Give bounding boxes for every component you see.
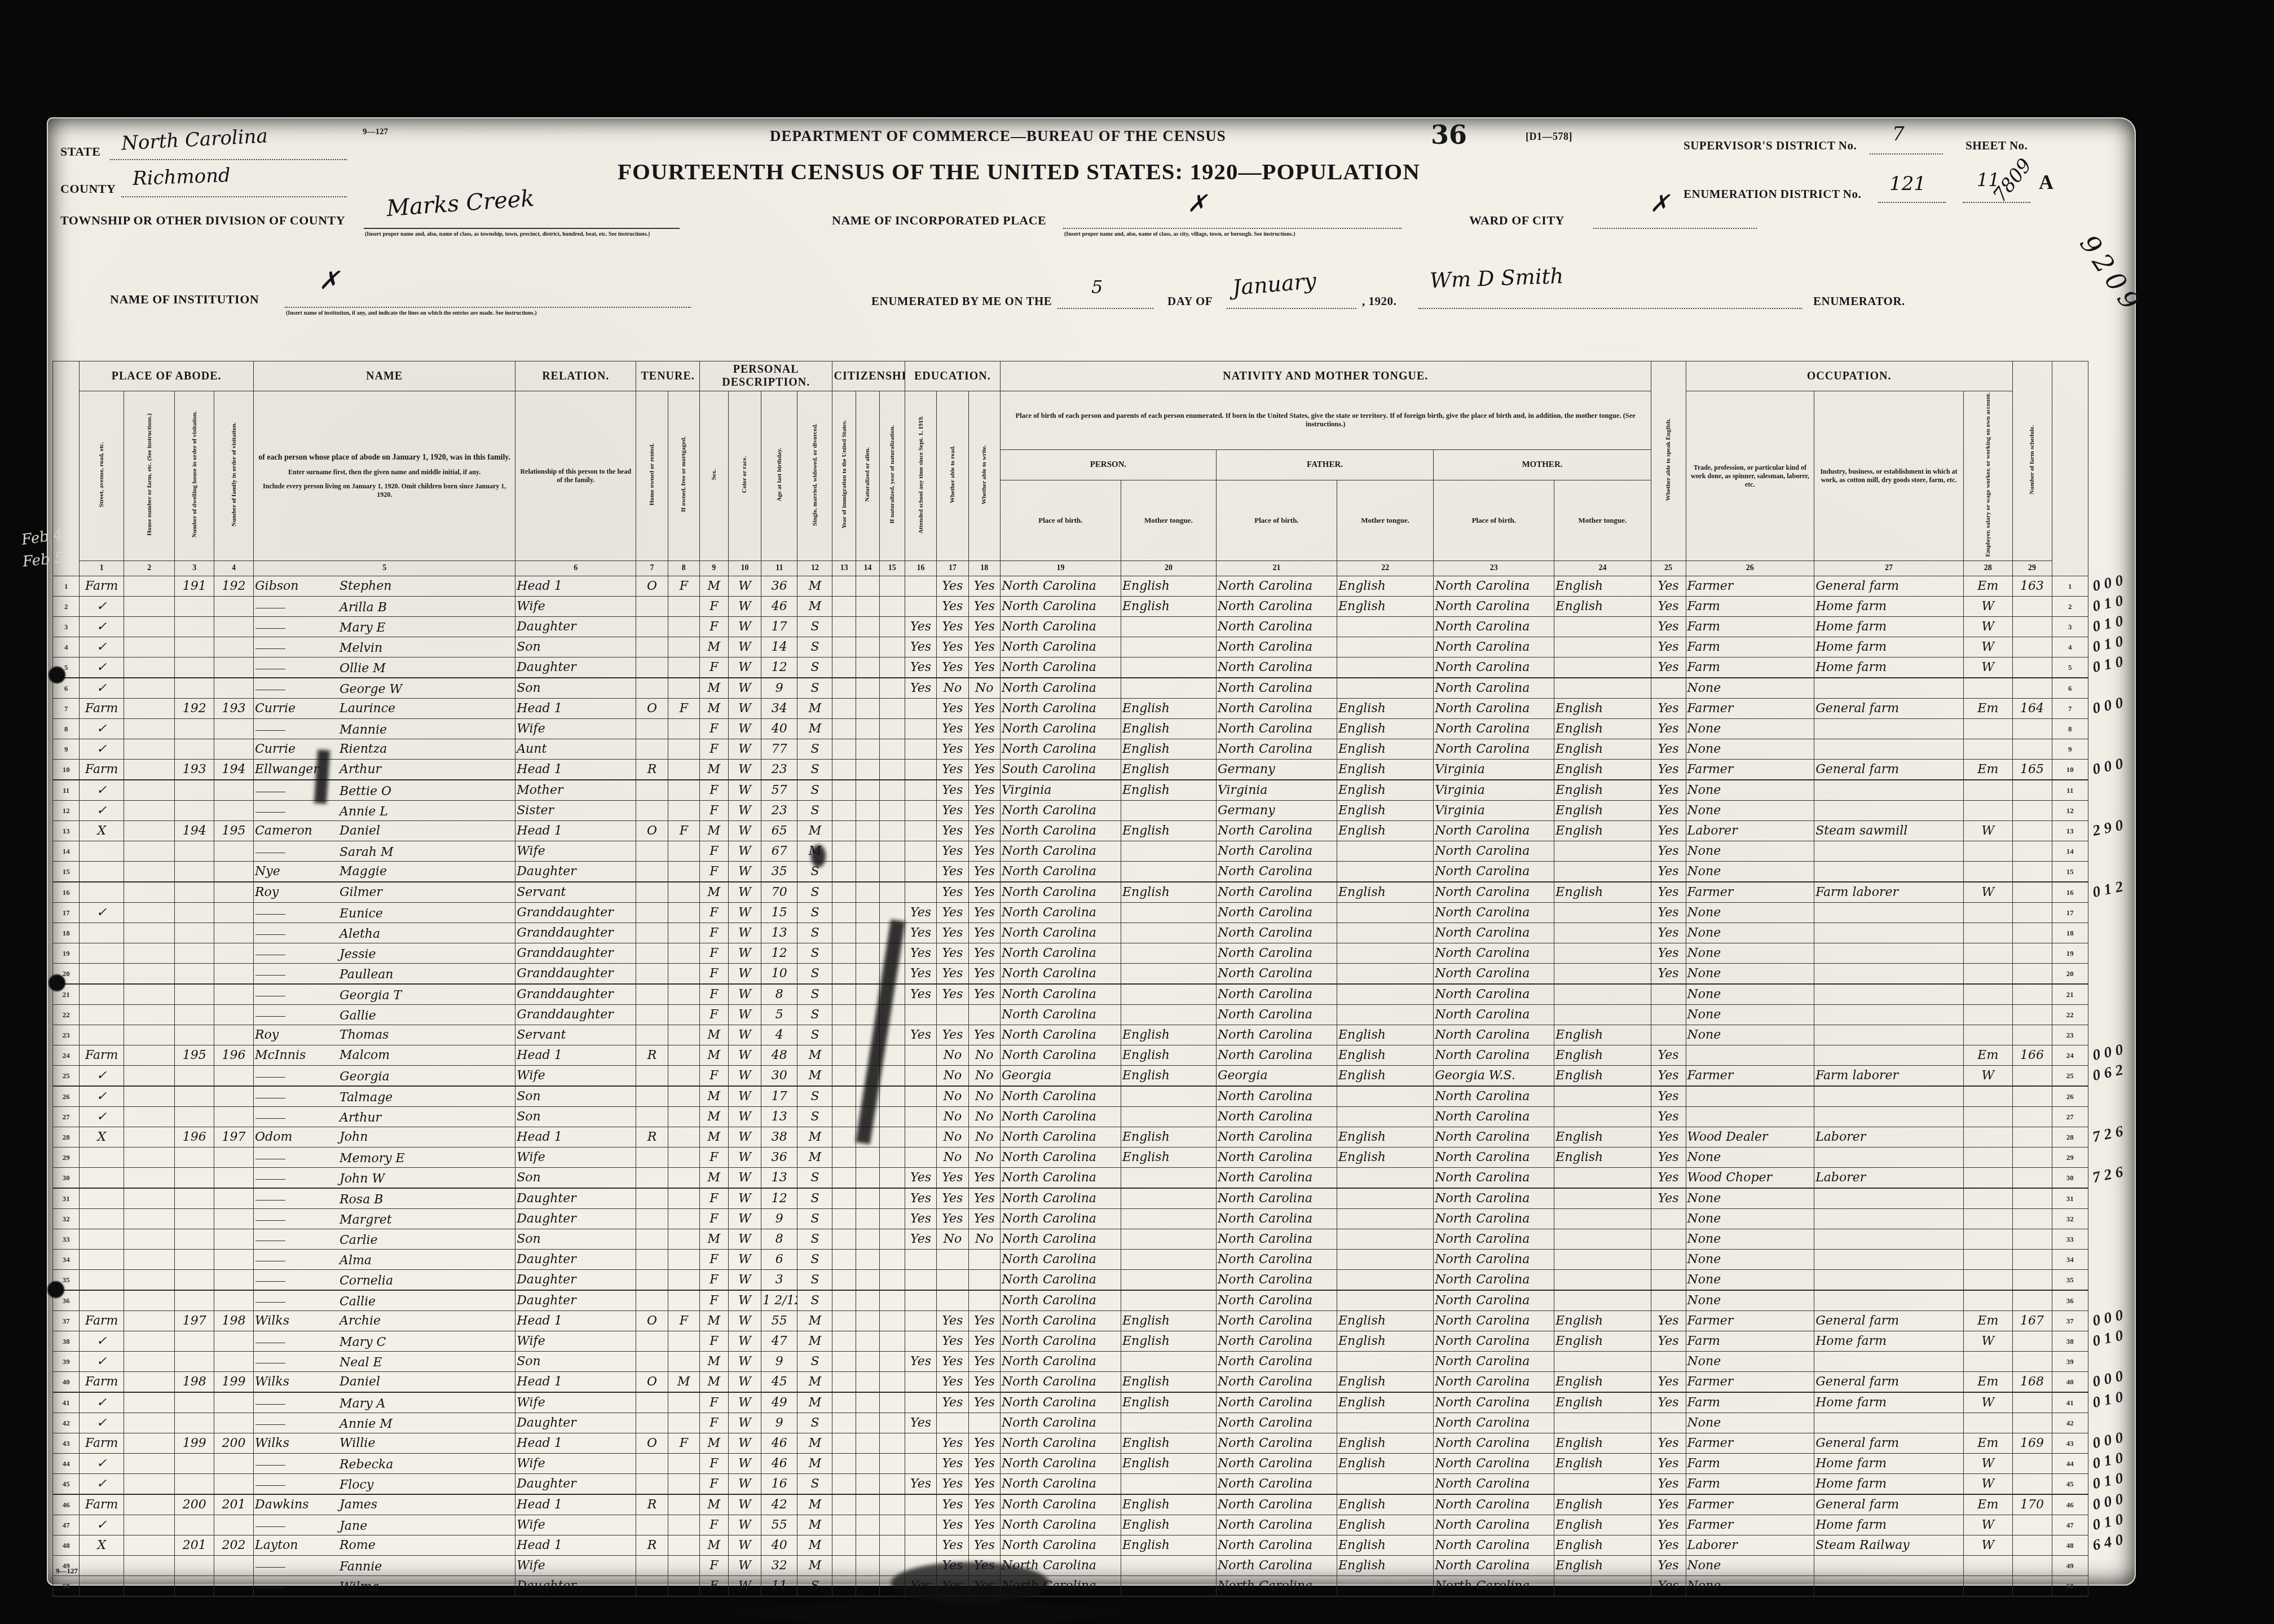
cell-sex: M (699, 1045, 728, 1066)
cell-sex: M (699, 1025, 728, 1045)
cell-naturalization-year (879, 862, 905, 882)
census-row: 3✓⸻Mary EDaughterFW17SYesYesYesNorth Car… (53, 617, 2088, 637)
cell-street: ✓ (80, 739, 124, 760)
cell-surname: McInnis (255, 1048, 340, 1062)
incorporated-place-label: NAME OF INCORPORATED PLACE (832, 213, 1046, 228)
line-number-right: 10000 (2052, 760, 2088, 780)
cell-naturalization-year (879, 1107, 905, 1127)
cell-home-owned (636, 1107, 668, 1127)
cell-free-mortgaged (668, 597, 699, 617)
cell-read: Yes (937, 597, 968, 617)
cell-free-mortgaged (668, 923, 699, 943)
line-number-left: 19 (53, 943, 80, 964)
line-number-right: 45010 (2052, 1474, 2088, 1495)
cell-mother-birthplace: North Carolina (1434, 1270, 1554, 1291)
cell-family-number (214, 943, 254, 964)
cell-industry (1814, 984, 1964, 1005)
cell-industry (1814, 801, 1964, 821)
cell-surname: ⸻ (255, 802, 340, 819)
cell-relation: Aunt (515, 739, 636, 760)
col-dwelling-number-header: Number of dwelling house in order of vis… (175, 391, 214, 561)
cell-speaks-english: Yes (1651, 1331, 1686, 1352)
cell-father-birthplace: North Carolina (1216, 1535, 1337, 1556)
cell-employment-class (1963, 1250, 2012, 1270)
cell-mother-birthplace: North Carolina (1434, 1290, 1554, 1311)
cell-person-birthplace: North Carolina (1000, 576, 1121, 597)
cell-father-birthplace: North Carolina (1216, 943, 1337, 964)
cell-family-number: 196 (214, 1045, 254, 1066)
cell-industry: Laborer (1814, 1168, 1964, 1189)
cell-free-mortgaged (668, 882, 699, 903)
cell-surname: ⸻ (255, 1210, 340, 1228)
cell-street (80, 1229, 124, 1250)
cell-color: W (728, 1474, 761, 1495)
line-number-right: 44010 (2052, 1454, 2088, 1474)
cell-speaks-english: Yes (1651, 760, 1686, 780)
cell-employment-class (1963, 964, 2012, 985)
line-number-left: 50 (53, 1576, 80, 1597)
punch-hole (47, 1281, 64, 1298)
cell-sex: M (699, 821, 728, 841)
cell-surname: ⸻ (255, 1577, 340, 1595)
cell-mother-birthplace: North Carolina (1434, 1331, 1554, 1352)
cell-father-tongue (1337, 984, 1434, 1005)
line-number-right: 30726 (2052, 1168, 2088, 1189)
cell-street: Farm (80, 576, 124, 597)
cell-relation: Wife (515, 1515, 636, 1535)
cell-school (905, 1086, 936, 1107)
cell-person-birthplace: North Carolina (1000, 1433, 1121, 1454)
cell-read: Yes (937, 657, 968, 678)
col-street-header: Street, avenue, road, etc. (80, 391, 124, 561)
cell-name: ⸻Alma (254, 1250, 515, 1270)
cell-speaks-english: Yes (1651, 1168, 1686, 1189)
cell-person-tongue: English (1121, 1066, 1216, 1087)
col-home-owned-header: Home owned or rented. (636, 391, 668, 561)
cell-father-tongue: English (1337, 1066, 1434, 1087)
cell-write: No (968, 1127, 1000, 1148)
cell-father-birthplace: North Carolina (1216, 1290, 1337, 1311)
cell-trade: None (1686, 1005, 1814, 1025)
cell-industry: Home farm (1814, 1392, 1964, 1413)
cell-mother-birthplace: North Carolina (1434, 1556, 1554, 1576)
cell-given-name: Margret (340, 1213, 392, 1227)
cell-industry (1814, 841, 1964, 862)
cell-dwelling-number (175, 1413, 214, 1433)
cell-speaks-english (1651, 1290, 1686, 1311)
line-number-right: 50 (2052, 1576, 2088, 1597)
cell-sex: M (699, 678, 728, 699)
cell-dwelling-number: 196 (175, 1127, 214, 1148)
cell-person-birthplace: North Carolina (1000, 1005, 1121, 1025)
cell-person-birthplace: North Carolina (1000, 678, 1121, 699)
cell-marital: M (797, 1454, 832, 1474)
cell-free-mortgaged (668, 1005, 699, 1025)
cell-mother-birthplace: North Carolina (1434, 882, 1554, 903)
cell-write: Yes (968, 1392, 1000, 1413)
cell-school (905, 597, 936, 617)
cell-sex: M (699, 1352, 728, 1372)
cell-sex: F (699, 1148, 728, 1168)
cell-color: W (728, 1392, 761, 1413)
cell-relation: Son (515, 1168, 636, 1189)
cell-mother-birthplace: North Carolina (1434, 1515, 1554, 1535)
cell-age: 10 (761, 964, 797, 985)
cell-immigration-year (832, 1494, 856, 1515)
cell-name: ⸻Sarah M (254, 841, 515, 862)
cell-house-number (124, 1454, 175, 1474)
line-number-left: 9 (53, 739, 80, 760)
cell-surname: Roy (255, 885, 340, 899)
line-number-left: 24 (53, 1045, 80, 1066)
cell-age: 70 (761, 882, 797, 903)
col-write-header: Whether able to write. (968, 391, 1000, 561)
cell-free-mortgaged (668, 1066, 699, 1087)
cell-given-name: Arthur (340, 1111, 381, 1125)
cell-family-number (214, 719, 254, 739)
cell-mother-birthplace: North Carolina (1434, 1392, 1554, 1413)
cell-employment-class (1963, 1188, 2012, 1209)
state-label: STATE (60, 144, 100, 159)
line-number-left: 12 (53, 801, 80, 821)
cell-person-tongue (1121, 1474, 1216, 1495)
line-number-left: 13 (53, 821, 80, 841)
cell-write: No (968, 1066, 1000, 1087)
margin-tally-code: 000 (2091, 693, 2128, 717)
col-school-header: Attended school any time since Sept. 1, … (905, 391, 936, 561)
cell-free-mortgaged (668, 1209, 699, 1229)
margin-tally-code: 010 (2091, 1326, 2128, 1350)
line-number-left: 39 (53, 1352, 80, 1372)
cell-family-number (214, 1352, 254, 1372)
line-number-right: 20 (2052, 964, 2088, 985)
cell-person-tongue: English (1121, 1515, 1216, 1535)
cell-naturalized (856, 1311, 880, 1331)
cell-relation: Son (515, 1086, 636, 1107)
cell-read (937, 1290, 968, 1311)
cell-mother-birthplace: North Carolina (1434, 821, 1554, 841)
cell-naturalized (856, 1392, 880, 1413)
cell-father-tongue (1337, 1168, 1434, 1189)
cell-relation: Son (515, 637, 636, 657)
cell-mother-birthplace: North Carolina (1434, 1209, 1554, 1229)
cell-home-owned (636, 637, 668, 657)
cell-father-birthplace: North Carolina (1216, 903, 1337, 923)
line-number-right: 48640 (2052, 1535, 2088, 1556)
cell-father-birthplace: North Carolina (1216, 1127, 1337, 1148)
cell-age: 13 (761, 1168, 797, 1189)
cell-naturalization-year (879, 1352, 905, 1372)
cell-school (905, 719, 936, 739)
line-number-left: 40 (53, 1372, 80, 1393)
cell-surname: ⸻ (255, 1230, 340, 1248)
cell-name: ⸻Mary A (254, 1392, 515, 1413)
cell-immigration-year (832, 1086, 856, 1107)
cell-write: No (968, 1086, 1000, 1107)
cell-mother-tongue (1554, 1209, 1651, 1229)
cell-color: W (728, 882, 761, 903)
cell-mother-tongue (1554, 841, 1651, 862)
cell-industry: General farm (1814, 699, 1964, 719)
cell-employment-class (1963, 780, 2012, 801)
cell-free-mortgaged: F (668, 821, 699, 841)
cell-employment-class (1963, 943, 2012, 964)
cell-employment-class (1963, 1025, 2012, 1045)
cell-person-birthplace: North Carolina (1000, 1127, 1121, 1148)
cell-person-birthplace: North Carolina (1000, 1535, 1121, 1556)
cell-color: W (728, 760, 761, 780)
cell-trade: None (1686, 1148, 1814, 1168)
cell-mother-tongue (1554, 1576, 1651, 1597)
cell-farm-schedule (2012, 1515, 2052, 1535)
cell-father-birthplace: North Carolina (1216, 1331, 1337, 1352)
cell-dwelling-number (175, 1005, 214, 1025)
cell-dwelling-number: 200 (175, 1494, 214, 1515)
cell-father-tongue (1337, 943, 1434, 964)
cell-person-tongue: English (1121, 576, 1216, 597)
cell-naturalization-year (879, 1372, 905, 1393)
cell-read: Yes (937, 821, 968, 841)
cell-street: ✓ (80, 1086, 124, 1107)
cell-color: W (728, 923, 761, 943)
cell-person-birthplace: North Carolina (1000, 1311, 1121, 1331)
cell-employment-class: Em (1963, 699, 2012, 719)
cell-mother-birthplace: North Carolina (1434, 1005, 1554, 1025)
cell-naturalized (856, 1515, 880, 1535)
cell-mother-birthplace: North Carolina (1434, 1433, 1554, 1454)
cell-free-mortgaged (668, 801, 699, 821)
cell-person-birthplace: North Carolina (1000, 984, 1121, 1005)
cell-employment-class (1963, 1556, 2012, 1576)
line-number-right: 26 (2052, 1086, 2088, 1107)
cell-trade: None (1686, 1229, 1814, 1250)
cell-free-mortgaged (668, 678, 699, 699)
line-number-right: 16012 (2052, 882, 2088, 903)
cell-mother-birthplace: North Carolina (1434, 1168, 1554, 1189)
cell-speaks-english: Yes (1651, 597, 1686, 617)
line-number-right: 46000 (2052, 1494, 2088, 1515)
cell-speaks-english (1651, 1413, 1686, 1433)
cell-relation: Wife (515, 841, 636, 862)
cell-mother-tongue (1554, 1352, 1651, 1372)
cell-house-number (124, 1045, 175, 1066)
cell-mother-tongue (1554, 617, 1651, 637)
census-row: 37Farm197198WilksArchieHead 1OFMW55MYesY… (53, 1311, 2088, 1331)
cell-mother-tongue (1554, 1413, 1651, 1433)
census-row: 43Farm199200WilksWillieHead 1OFMW46MYesY… (53, 1433, 2088, 1454)
census-row: 19⸻JessieGranddaughterFW12SYesYesYesNort… (53, 943, 2088, 964)
cell-street (80, 1148, 124, 1168)
cell-color: W (728, 1005, 761, 1025)
cell-color: W (728, 801, 761, 821)
cell-father-tongue (1337, 657, 1434, 678)
cell-write: Yes (968, 943, 1000, 964)
cell-home-owned (636, 1392, 668, 1413)
cell-mother-tongue: English (1554, 1025, 1651, 1045)
cell-immigration-year (832, 943, 856, 964)
cell-person-tongue: English (1121, 699, 1216, 719)
group-place-of-abode: PLACE OF ABODE. (80, 361, 254, 391)
cell-school: Yes (905, 903, 936, 923)
cell-name: CameronDaniel (254, 821, 515, 841)
cell-read: Yes (937, 617, 968, 637)
cell-mother-birthplace: North Carolina (1434, 739, 1554, 760)
census-row: 30⸻John WSonMW13SYesYesYesNorth Carolina… (53, 1168, 2088, 1189)
cell-employment-class: Em (1963, 1045, 2012, 1066)
cell-marital: S (797, 1576, 832, 1597)
cell-industry: Home farm (1814, 1515, 1964, 1535)
cell-person-birthplace: North Carolina (1000, 699, 1121, 719)
cell-color: W (728, 1148, 761, 1168)
cell-dwelling-number (175, 780, 214, 801)
cell-home-owned (636, 1515, 668, 1535)
line-number-right: 40000 (2052, 1372, 2088, 1393)
cell-free-mortgaged (668, 1270, 699, 1291)
cell-mother-tongue (1554, 1270, 1651, 1291)
cell-farm-schedule (2012, 1188, 2052, 1209)
cell-farm-schedule (2012, 923, 2052, 943)
cell-naturalization-year (879, 841, 905, 862)
cell-surname: ⸻ (255, 1557, 340, 1574)
cell-person-birthplace: North Carolina (1000, 821, 1121, 841)
cell-person-tongue (1121, 943, 1216, 964)
cell-free-mortgaged (668, 1556, 699, 1576)
cell-read: Yes (937, 699, 968, 719)
cell-home-owned (636, 1229, 668, 1250)
cell-color: W (728, 1066, 761, 1087)
cell-trade: None (1686, 1556, 1814, 1576)
cell-relation: Head 1 (515, 1127, 636, 1148)
cell-mother-tongue (1554, 923, 1651, 943)
cell-employment-class (1963, 1005, 2012, 1025)
cell-age: 12 (761, 1188, 797, 1209)
cell-marital: M (797, 1372, 832, 1393)
cell-mother-tongue (1554, 1474, 1651, 1495)
cell-family-number: 198 (214, 1311, 254, 1331)
cell-trade: None (1686, 841, 1814, 862)
cell-person-birthplace: Virginia (1000, 780, 1121, 801)
cell-surname: ⸻ (255, 1455, 340, 1472)
line-number-right: 12 (2052, 801, 2088, 821)
cell-father-tongue (1337, 841, 1434, 862)
cell-family-number: 200 (214, 1433, 254, 1454)
cell-speaks-english: Yes (1651, 1535, 1686, 1556)
cell-dwelling-number (175, 943, 214, 964)
cell-name: ⸻Jane (254, 1515, 515, 1535)
cell-industry: General farm (1814, 1372, 1964, 1393)
cell-employment-class (1963, 923, 2012, 943)
cell-farm-schedule: 168 (2012, 1372, 2052, 1393)
cell-mother-tongue (1554, 1107, 1651, 1127)
cell-family-number: 194 (214, 760, 254, 780)
cell-home-owned (636, 1556, 668, 1576)
cell-home-owned (636, 984, 668, 1005)
cell-marital: S (797, 903, 832, 923)
cell-house-number (124, 1311, 175, 1331)
cell-name: ⸻Melvin (254, 637, 515, 657)
cell-father-birthplace: North Carolina (1216, 1556, 1337, 1576)
cell-age: 36 (761, 1148, 797, 1168)
cell-house-number (124, 1433, 175, 1454)
cell-home-owned (636, 943, 668, 964)
cell-immigration-year (832, 597, 856, 617)
cell-home-owned (636, 617, 668, 637)
cell-naturalization-year (879, 1413, 905, 1433)
cell-age: 23 (761, 760, 797, 780)
cell-surname: Wilks (255, 1314, 340, 1328)
cell-relation: Sister (515, 801, 636, 821)
cell-home-owned (636, 1331, 668, 1352)
cell-immigration-year (832, 1005, 856, 1025)
cell-name: ⸻Arthur (254, 1107, 515, 1127)
cell-dwelling-number: 191 (175, 576, 214, 597)
cell-write: No (968, 1045, 1000, 1066)
cell-house-number (124, 862, 175, 882)
cell-color: W (728, 1454, 761, 1474)
cell-given-name: Arthur (340, 762, 381, 776)
cell-name: ⸻Annie M (254, 1413, 515, 1433)
line-number-right: 35 (2052, 1270, 2088, 1291)
cell-person-tongue: English (1121, 1148, 1216, 1168)
line-number-left: 22 (53, 1005, 80, 1025)
cell-employment-class: Em (1963, 760, 2012, 780)
cell-surname: ⸻ (255, 1088, 340, 1105)
cell-given-name: Jessie (340, 947, 376, 961)
line-number-right: 11 (2052, 780, 2088, 801)
cell-industry: Home farm (1814, 597, 1964, 617)
cell-color: W (728, 1535, 761, 1556)
cell-mother-birthplace: North Carolina (1434, 943, 1554, 964)
cell-given-name: Rosa B (340, 1193, 383, 1207)
enumerated-year: , 1920. (1362, 294, 1396, 308)
cell-dwelling-number (175, 1270, 214, 1291)
cell-surname: ⸻ (255, 965, 340, 982)
cell-farm-schedule (2012, 1250, 2052, 1270)
cell-person-birthplace: North Carolina (1000, 1025, 1121, 1045)
cell-house-number (124, 597, 175, 617)
cell-free-mortgaged (668, 1515, 699, 1535)
cell-immigration-year (832, 1025, 856, 1045)
cell-relation: Wife (515, 719, 636, 739)
cell-speaks-english: Yes (1651, 821, 1686, 841)
cell-trade: None (1686, 1352, 1814, 1372)
cell-mother-birthplace: North Carolina (1434, 657, 1554, 678)
cell-read: Yes (937, 739, 968, 760)
census-table: PLACE OF ABODE. NAME RELATION. TENURE. P… (52, 361, 2088, 1597)
cell-age: 13 (761, 923, 797, 943)
census-row: 38✓⸻Mary CWifeFW47MYesYesNorth CarolinaE… (53, 1331, 2088, 1352)
cell-house-number (124, 1188, 175, 1209)
cell-naturalized (856, 780, 880, 801)
cell-naturalized (856, 1372, 880, 1393)
cell-sex: F (699, 1290, 728, 1311)
cell-surname: ⸻ (255, 842, 340, 860)
cell-surname: Dawkins (255, 1498, 340, 1512)
cell-read (937, 1270, 968, 1291)
cell-person-tongue (1121, 1229, 1216, 1250)
cell-surname: ⸻ (255, 659, 340, 676)
cell-farm-schedule (2012, 1209, 2052, 1229)
line-number-left: 34 (53, 1250, 80, 1270)
cell-dwelling-number (175, 1188, 214, 1209)
cell-home-owned (636, 1148, 668, 1168)
cell-farm-schedule (2012, 637, 2052, 657)
cell-immigration-year (832, 1352, 856, 1372)
cell-person-tongue: English (1121, 739, 1216, 760)
sheet-label: SHEET No. (1965, 139, 2028, 153)
cell-industry (1814, 964, 1964, 985)
cell-immigration-year (832, 984, 856, 1005)
